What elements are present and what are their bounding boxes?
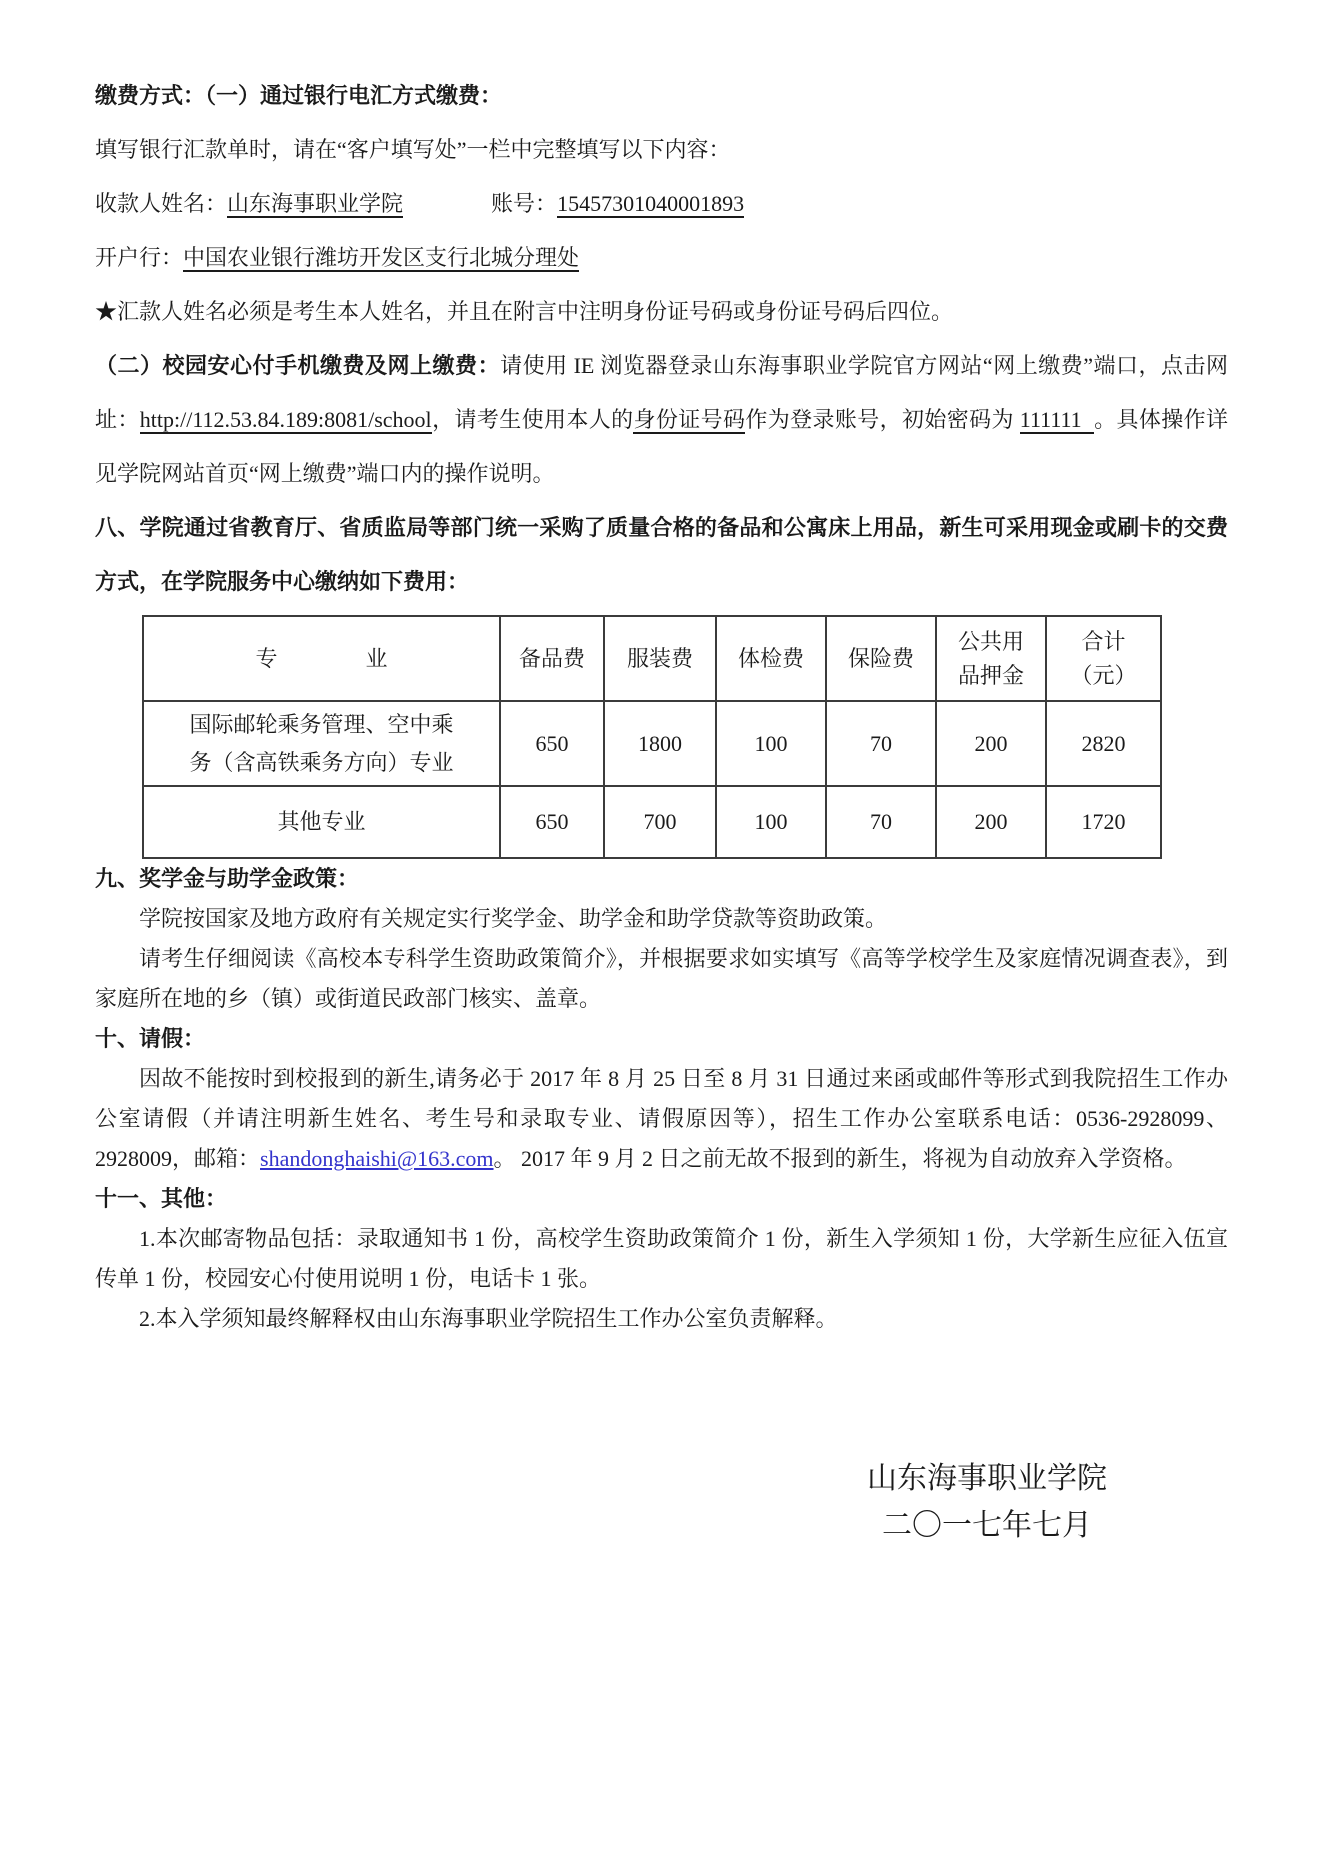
- header-cell-equipment-fee: 备品费: [500, 616, 604, 701]
- section-10-heading: 十、请假：: [95, 1019, 1228, 1059]
- online-pay-lead: （二）校园安心付手机缴费及网上缴费：: [95, 353, 500, 378]
- fee-cell: 650: [500, 786, 604, 858]
- bank-label: 开户行：: [95, 245, 183, 270]
- fee-cell: 1800: [604, 701, 716, 786]
- remittance-intro: 填写银行汇款单时，请在“客户填写处”一栏中完整填写以下内容：: [95, 123, 1228, 177]
- mail-items-text: 1.本次邮寄物品包括：录取通知书 1 份，高校学生资助政策简介 1 份，新生入学…: [95, 1219, 1228, 1299]
- payee-line: 收款人姓名：山东海事职业学院 账号：15457301040001893: [95, 177, 1228, 231]
- header-cell-uniform-fee: 服装费: [604, 616, 716, 701]
- signature-date: 二〇一七年七月: [832, 1502, 1142, 1549]
- id-number-underline: 身份证号码: [633, 407, 745, 434]
- header-cell-major: 专 业: [143, 616, 500, 701]
- fee-cell: 70: [826, 786, 936, 858]
- payee-account-spacer: [403, 191, 491, 216]
- fees-table-row-cruise-air: 国际邮轮乘务管理、空中乘 务（含高铁乘务方向）专业 650 1800 100 7…: [143, 701, 1161, 786]
- fee-cell: 700: [604, 786, 716, 858]
- fee-cell: 100: [716, 701, 826, 786]
- header-cell-public-deposit: 公共用 品押金: [936, 616, 1046, 701]
- online-pay-text-3: 作为登录账号，初始密码为: [745, 407, 1019, 432]
- payee-label: 收款人姓名：: [95, 191, 227, 216]
- payee-name: 山东海事职业学院: [227, 191, 403, 218]
- header-cell-total: 合计 （元）: [1046, 616, 1161, 701]
- fee-cell: 70: [826, 701, 936, 786]
- section-9-heading: 九、奖学金与助学金政策：: [95, 859, 1228, 899]
- payment-section: 缴费方式：（一）通过银行电汇方式缴费： 填写银行汇款单时，请在“客户填写处”一栏…: [95, 69, 1228, 609]
- pay-method-heading: 缴费方式：（一）通过银行电汇方式缴费：: [95, 69, 1228, 123]
- major-cell: 国际邮轮乘务管理、空中乘 务（含高铁乘务方向）专业: [143, 701, 500, 786]
- payment-url: http://112.53.84.189:8081/school: [140, 407, 432, 434]
- leave-text-2: 。 2017 年 9 月 2 日之前无故不报到的新生，将视为自动放弃入学资格。: [494, 1146, 1187, 1171]
- account-number: 15457301040001893: [557, 191, 744, 218]
- interpretation-text: 2.本入学须知最终解释权由山东海事职业学院招生工作办公室负责解释。: [95, 1299, 1228, 1339]
- document-page: 缴费方式：（一）通过银行电汇方式缴费： 填写银行汇款单时，请在“客户填写处”一栏…: [0, 0, 1323, 1871]
- header-cell-physical-exam-fee: 体检费: [716, 616, 826, 701]
- fee-cell: 650: [500, 701, 604, 786]
- signature-block: 山东海事职业学院 二〇一七年七月: [832, 1455, 1142, 1549]
- scholarship-form-text: 请考生仔细阅读《高校本专科学生资助政策简介》，并根据要求如实填写《高等学校学生及…: [95, 939, 1228, 1019]
- online-payment-paragraph: （二）校园安心付手机缴费及网上缴费：请使用 IE 浏览器登录山东海事职业学院官方…: [95, 339, 1228, 501]
- fee-cell: 100: [716, 786, 826, 858]
- email-link[interactable]: shandonghaishi@163.com: [260, 1146, 494, 1171]
- leave-paragraph: 因故不能按时到校报到的新生,请务必于 2017 年 8 月 25 日至 8 月 …: [95, 1059, 1228, 1179]
- fees-table: 专 业 备品费 服装费 体检费 保险费 公共用 品押金 合计 （元） 国际邮轮乘…: [142, 615, 1162, 859]
- major-cell: 其他专业: [143, 786, 500, 858]
- policy-sections: 九、奖学金与助学金政策： 学院按国家及地方政府有关规定实行奖学金、助学金和助学贷…: [95, 859, 1228, 1339]
- fee-cell: 200: [936, 786, 1046, 858]
- remitter-note: ★汇款人姓名必须是考生本人姓名，并且在附言中注明身份证号码或身份证号码后四位。: [95, 285, 1228, 339]
- bank-name: 中国农业银行潍坊开发区支行北城分理处: [183, 245, 579, 272]
- total-cell: 2820: [1046, 701, 1161, 786]
- total-cell: 1720: [1046, 786, 1161, 858]
- fee-cell: 200: [936, 701, 1046, 786]
- header-cell-insurance-fee: 保险费: [826, 616, 936, 701]
- section-8-paragraph: 八、学院通过省教育厅、省质监局等部门统一采购了质量合格的备品和公寓床上用品，新生…: [95, 501, 1228, 609]
- fees-table-row-other: 其他专业 650 700 100 70 200 1720: [143, 786, 1161, 858]
- signature-org: 山东海事职业学院: [832, 1455, 1142, 1502]
- account-label: 账号：: [491, 191, 557, 216]
- initial-password: 111111: [1020, 407, 1094, 434]
- scholarship-policy-text: 学院按国家及地方政府有关规定实行奖学金、助学金和助学贷款等资助政策。: [95, 899, 1228, 939]
- section-11-heading: 十一、其他：: [95, 1179, 1228, 1219]
- fees-table-header-row: 专 业 备品费 服装费 体检费 保险费 公共用 品押金 合计 （元）: [143, 616, 1161, 701]
- online-pay-text-2: ，请考生使用本人的: [432, 407, 634, 432]
- bank-line: 开户行：中国农业银行潍坊开发区支行北城分理处: [95, 231, 1228, 285]
